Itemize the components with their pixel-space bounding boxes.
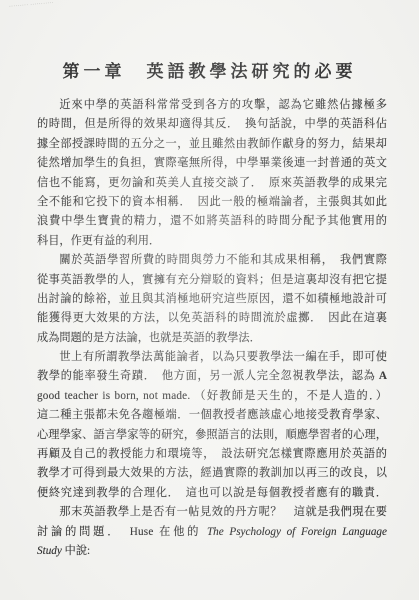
text-line: good teacher is born, not made. （好教師是天生的… — [37, 387, 387, 406]
text-segment: 徒然增加學生的負担，實際毫無所得，中學畢業後連一封普通的英文 — [37, 157, 387, 169]
text-segment: 科目，作更有益的利用． — [37, 235, 160, 247]
text-segment: 再顧及自己的教授能力和環境等， 設法研究怎樣實際應用於英語的 — [37, 448, 387, 460]
text-segment: 的時間，但是所得的效果却適得其反． 換句話說，中學的英語科佔 — [37, 118, 387, 130]
text-segment: 從事英語教學的人，實擁有充分辯駁的資料；但是這裏却沒有把它提 — [37, 274, 387, 286]
text-line: 科目，作更有益的利用． — [37, 232, 387, 251]
text-segment: 這二種主張都未免各趨極端．一個教授者應該虛心地接受教育學家、 — [37, 409, 387, 421]
text-line: Study 中說: — [37, 542, 387, 561]
watermark: ········· ··········· — [9, 1, 54, 10]
text-line: 關於英語學習所費的時間與勞力不能和其成果相稱， 我們實際 — [37, 251, 387, 270]
text-segment: 關於英語學習所費的時間與勞力不能和其成果相稱， 我們實際 — [59, 254, 387, 266]
text-line: 世上有所謂教學法萬能論者，以為只要教學法一編在手，即可使 — [37, 348, 387, 367]
text-line: 討論的問題． Huse 在他的 The Psychology of Foreig… — [37, 523, 387, 542]
text-line: 教學才可得到最大效果的方法，經過實際的教訓加以再三的改良，以 — [37, 464, 387, 483]
text-segment: 近來中學的英語科常常受到各方的攻擊，認為它雖然佔據極多 — [59, 99, 387, 111]
text-segment: 能獲得更大效果的方法，以免英語科的時間流於虛擲． 因此在這裏 — [37, 312, 387, 324]
text-line: 的時間，但是所得的效果却適得其反． 換句話說，中學的英語科佔 — [37, 115, 387, 134]
chapter-title: 第一章 英語教學法研究的必要 — [0, 57, 419, 82]
text-segment: 中說: — [62, 545, 90, 557]
text-segment: 教學才可得到最大效果的方法，經過實際的教訓加以再三的改良，以 — [37, 467, 387, 479]
text-line: 近來中學的英語科常常受到各方的攻擊，認為它雖然佔據極多 — [37, 96, 387, 115]
text-segment: 討論的問題． — [37, 526, 130, 538]
text-segment: （好教師是天生的，不是人造的．） — [190, 390, 387, 402]
text-line: 全不能和它投下的資本相稱． 因此一般的極端論者，主張與其如此 — [37, 193, 387, 212]
text-line: 浪費中學生寶貴的精力，還不如將英語科的時間分配予其他實用的 — [37, 212, 387, 231]
scanned-book-page: ········· ··········· 第一章 英語教學法研究的必要 近來中… — [0, 0, 419, 600]
text-line: 從事英語教學的人，實擁有充分辯駁的資料；但是這裏却沒有把它提 — [37, 271, 387, 290]
text-line: 這二種主張都未免各趨極端．一個教授者應該虛心地接受教育學家、 — [37, 406, 387, 425]
text-line: 心理學家、語言學家等的研究，參照語言的法則，順應學習者的心理， — [37, 426, 387, 445]
text-line: 教學的能率發生奇蹟． 他方面，另一派人完全忽視教學法，認為 A — [37, 367, 387, 386]
text-segment: 便終究達到教學的合理化． 這也可以說是每個教授者應有的職責． — [37, 487, 387, 499]
text-segment: 在他的 — [154, 526, 207, 538]
text-line: 能獲得更大效果的方法，以免英語科的時間流於虛擲． 因此在這裏 — [37, 309, 387, 328]
text-segment: 浪費中學生寶貴的精力，還不如將英語科的時間分配予其他實用的 — [37, 215, 387, 227]
text-segment: 心理學家、語言學家等的研究，參照語言的法則，順應學習者的心理， — [37, 429, 387, 441]
text-line: 出討論的餘裕，並且與其消極地研究這些原因，還不如積極地設計可 — [37, 290, 387, 309]
text-line: 成為問題的是方法論，也就是英語的教學法． — [37, 329, 387, 348]
text-segment: 世上有所謂教學法萬能論者，以為只要教學法一編在手，即可使 — [59, 351, 387, 363]
text-segment: Study — [37, 545, 62, 557]
body-text: 近來中學的英語科常常受到各方的攻擊，認為它雖然佔據極多的時間，但是所得的效果却適… — [37, 96, 387, 561]
text-segment: 成為問題的是方法論，也就是英語的教學法． — [37, 332, 261, 344]
text-segment: good teacher is born, not made. — [37, 390, 190, 402]
text-line: 信也不能寫，更勿論和英美人直接交談了． 原來英語教學的成果完 — [37, 174, 387, 193]
text-segment: 那末英語教學上是否有一帖見效的丹方呢？ 這就是我們現在要 — [59, 506, 387, 518]
text-line: 據全部授課時間的五分之一，並且雖然由教師作獻身的努力，結果却 — [37, 135, 387, 154]
text-line: 再顧及自己的教授能力和環境等， 設法研究怎樣實際應用於英語的 — [37, 445, 387, 464]
text-segment: Huse — [130, 526, 154, 538]
text-segment: 教學的能率發生奇蹟． 他方面，另一派人完全忽視教學法，認為 — [37, 370, 379, 382]
text-segment: 信也不能寫，更勿論和英美人直接交談了． 原來英語教學的成果完 — [37, 177, 387, 189]
text-segment: A — [379, 370, 387, 382]
text-line: 徒然增加學生的負担，實際毫無所得，中學畢業後連一封普通的英文 — [37, 154, 387, 173]
text-segment: 據全部授課時間的五分之一，並且雖然由教師作獻身的努力，結果却 — [37, 138, 387, 150]
text-segment: The Psychology of Foreign Language — [207, 526, 387, 538]
text-line: 那末英語教學上是否有一帖見效的丹方呢？ 這就是我們現在要 — [37, 503, 387, 522]
text-line: 便終究達到教學的合理化． 這也可以說是每個教授者應有的職責． — [37, 484, 387, 503]
text-segment: 全不能和它投下的資本相稱． 因此一般的極端論者，主張與其如此 — [37, 196, 387, 208]
text-segment: 出討論的餘裕，並且與其消極地研究這些原因，還不如積極地設計可 — [37, 293, 387, 305]
